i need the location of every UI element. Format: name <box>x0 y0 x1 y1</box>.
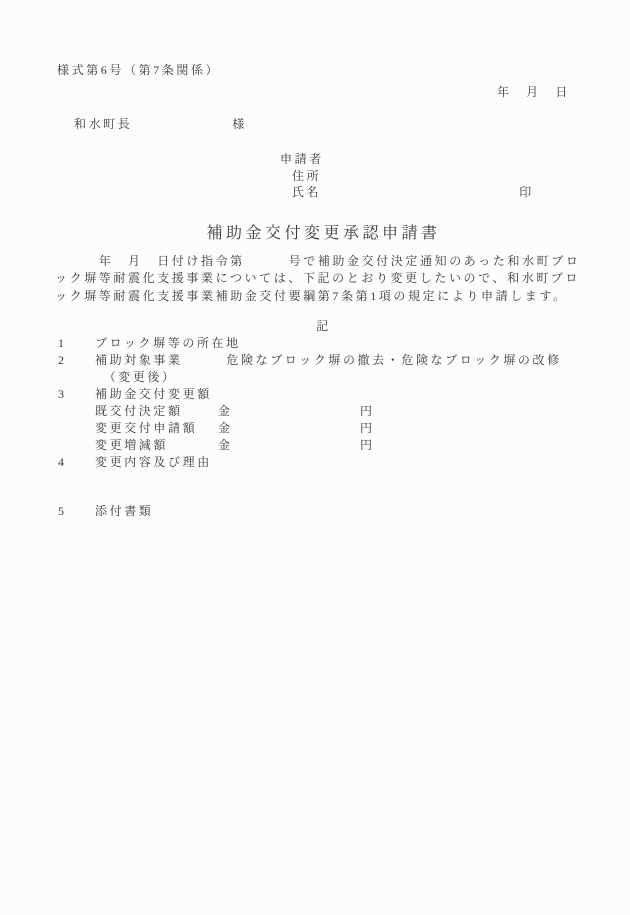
paragraph-line: 年 月 日付け指令第 号で補助金交付決定通知のあった和水町ブロ <box>55 253 592 271</box>
amount-label: 変更増減額 <box>95 437 218 454</box>
amount-row-decided: 既交付決定額金円 <box>95 403 592 420</box>
date-line: 年 月 日 <box>55 84 592 101</box>
amount-label: 変更交付申請額 <box>95 420 218 437</box>
numbered-items: 1ブロック塀等の所在地 2補助対象事業 危険なブロック塀の撤去・危険なブロック塀… <box>58 335 592 520</box>
form-number: 様式第6号（第7条関係） <box>57 62 592 79</box>
item-number: 2 <box>58 352 95 369</box>
currency-prefix: 金 <box>218 403 360 420</box>
paragraph-line: ック塀等耐震化支援事業については、下記のとおり変更したいので、和水町ブロ <box>55 270 592 288</box>
item-change-reason: 4変更内容及び理由 <box>58 454 592 471</box>
item-location: 1ブロック塀等の所在地 <box>58 335 592 352</box>
item-subsidy-project: 2補助対象事業 危険なブロック塀の撤去・危険なブロック塀の改修 （変更後） <box>58 352 592 386</box>
item-number: 1 <box>58 335 95 352</box>
document-title: 補助金交付変更承認申請書 <box>55 223 592 245</box>
applicant-address-label: 住所 <box>292 168 592 185</box>
applicant-name-row: 氏名印 <box>292 184 592 201</box>
item-attached-documents: 5添付書類 <box>58 503 592 520</box>
item-number: 5 <box>58 503 95 520</box>
currency-unit: 円 <box>360 421 375 435</box>
item-label: 変更内容及び理由 <box>95 455 212 469</box>
addressee-honorific: 様 <box>232 117 247 131</box>
paragraph-line: ック塀等耐震化支援事業補助金交付要綱第7条第1項の規定により申請します。 <box>55 288 592 306</box>
currency-prefix: 金 <box>218 420 360 437</box>
body-paragraph: 年 月 日付け指令第 号で補助金交付決定通知のあった和水町ブロ ック塀等耐震化支… <box>55 253 592 306</box>
currency-unit: 円 <box>360 404 375 418</box>
amount-row-change-request: 変更交付申請額金円 <box>95 420 592 437</box>
currency-prefix: 金 <box>218 437 360 454</box>
item-continuation: （変更後） <box>95 369 592 386</box>
amount-row-increase-decrease: 変更増減額金円 <box>95 437 592 454</box>
seal-label: 印 <box>519 185 534 199</box>
item-label: 補助金交付変更額 <box>95 387 212 401</box>
item-number: 4 <box>58 454 95 471</box>
applicant-block: 申請者 住所 氏名印 <box>280 151 592 201</box>
item-number: 3 <box>58 386 95 403</box>
currency-unit: 円 <box>360 438 375 452</box>
applicant-name-label: 氏名 <box>292 185 321 199</box>
item-label: 添付書類 <box>95 504 153 518</box>
date-blank-labels: 年 月 日 <box>497 85 570 99</box>
ki-marker: 記 <box>55 318 592 335</box>
item-label: ブロック塀等の所在地 <box>95 336 241 350</box>
applicant-label: 申請者 <box>280 151 592 168</box>
item-label: 補助対象事業 危険なブロック塀の撤去・危険なブロック塀の改修 <box>95 353 562 367</box>
addressee-name: 和水町長 <box>74 117 132 131</box>
item-grant-change-amount: 3補助金交付変更額 既交付決定額金円 変更交付申請額金円 変更増減額金円 <box>58 386 592 454</box>
document-page: 様式第6号（第7条関係） 年 月 日 和水町長様 申請者 住所 氏名印 補助金交… <box>0 0 630 915</box>
amount-label: 既交付決定額 <box>95 403 218 420</box>
addressee-row: 和水町長様 <box>74 116 592 133</box>
